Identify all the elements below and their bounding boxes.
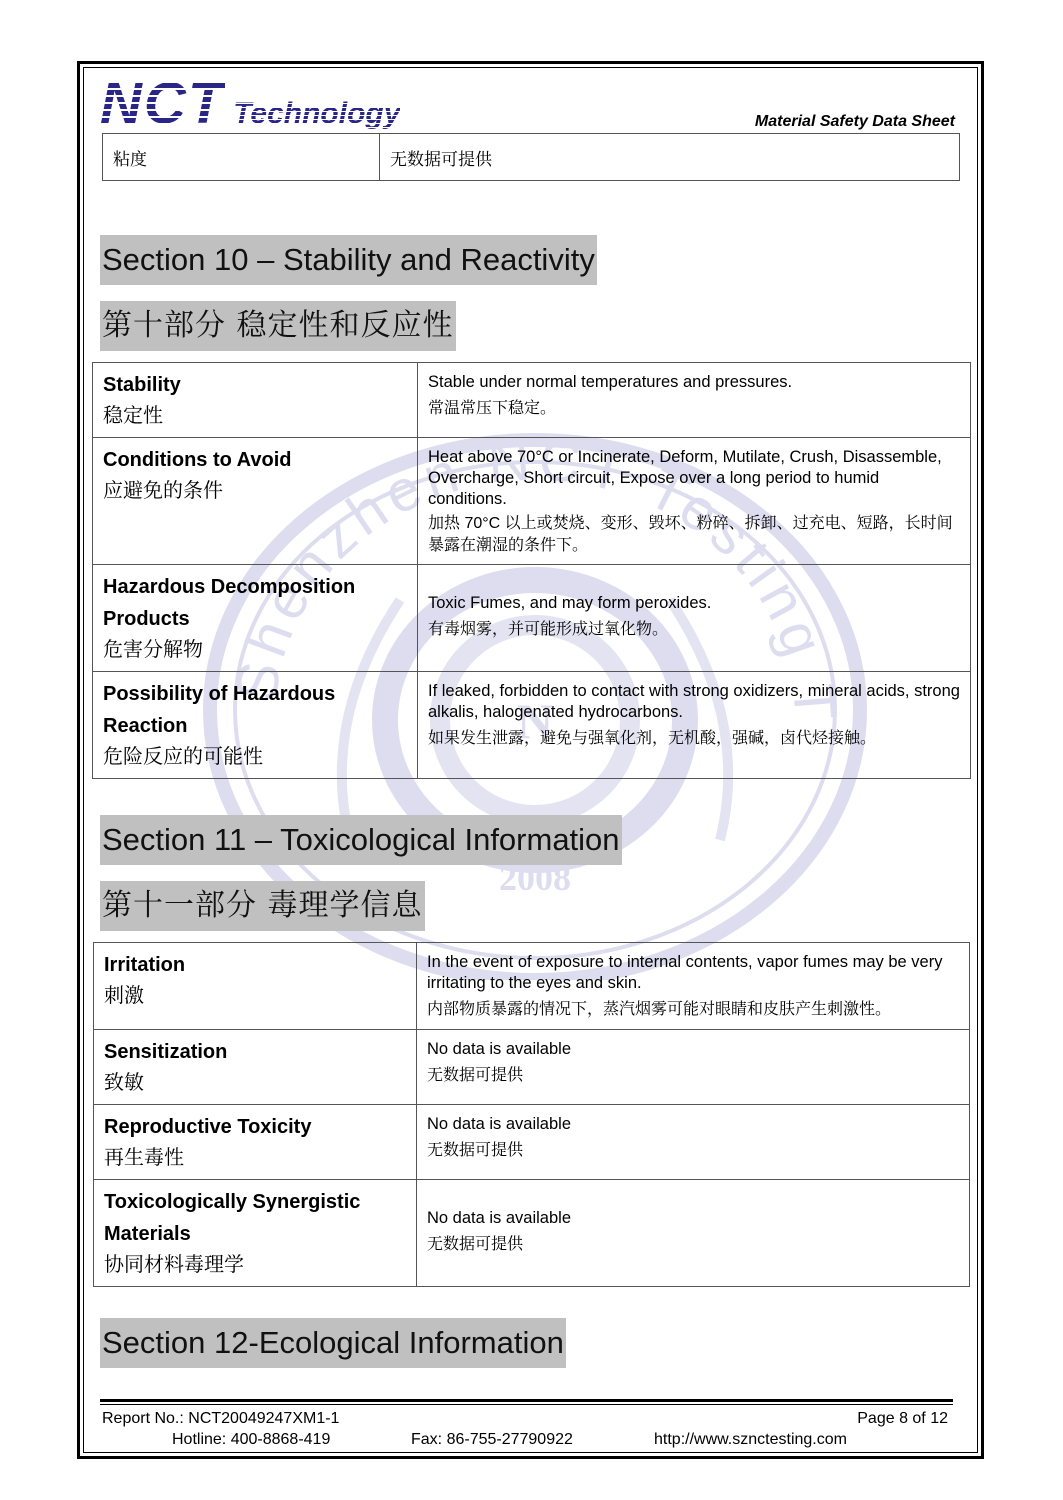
table-row: Sensitization 致敏 No data is available 无数… — [94, 1030, 970, 1105]
table-row: Possibility of Hazardous Reaction 危险反应的可… — [93, 672, 971, 779]
row-value-en: If leaked, forbidden to contact with str… — [428, 681, 960, 723]
table-row: 粘度 无数据可提供 — [103, 134, 960, 181]
row-label-en: Conditions to Avoid — [103, 444, 407, 476]
viscosity-table: 粘度 无数据可提供 — [102, 133, 960, 181]
table-row: Toxicologically Synergistic Materials 协同… — [94, 1180, 970, 1287]
fax-number: Fax: 86-755-27790922 — [411, 1430, 573, 1450]
viscosity-label: 粘度 — [103, 134, 380, 181]
row-label-en: Reproductive Toxicity — [104, 1111, 406, 1143]
row-label-en: Possibility of Hazardous Reaction — [103, 678, 407, 742]
hotline: Hotline: 400-8868-419 — [172, 1430, 330, 1450]
table-row: Stability 稳定性 Stable under normal temper… — [93, 363, 971, 438]
table-row: Reproductive Toxicity 再生毒性 No data is av… — [94, 1105, 970, 1180]
row-label-cn: 致敏 — [104, 1068, 406, 1098]
viscosity-value: 无数据可提供 — [380, 134, 960, 181]
row-value-cn: 无数据可提供 — [427, 1138, 959, 1164]
row-label-cn: 危害分解物 — [103, 635, 407, 665]
row-label-cn: 稳定性 — [103, 401, 407, 431]
row-value-en: No data is available — [427, 1208, 959, 1229]
website-link[interactable]: http://www.sznctesting.com — [654, 1430, 847, 1450]
row-label-en: Sensitization — [104, 1036, 406, 1068]
row-value-cn: 内部物质暴露的情况下，蒸汽烟雾可能对眼睛和皮肤产生刺激性。 — [427, 997, 959, 1023]
company-logo: NCT Technology — [100, 72, 400, 132]
row-label-en: Hazardous Decomposition Products — [103, 571, 407, 635]
toxicological-table: Irritation 刺激 In the event of exposure t… — [93, 942, 970, 1287]
row-value-cn: 无数据可提供 — [427, 1063, 959, 1089]
stability-reactivity-table: Stability 稳定性 Stable under normal temper… — [92, 362, 971, 779]
row-label-cn: 危险反应的可能性 — [103, 742, 407, 772]
section-12-heading-en: Section 12-Ecological Information — [100, 1318, 566, 1368]
section-10-heading-en: Section 10 – Stability and Reactivity — [100, 235, 597, 285]
row-value-cn: 加热 70°C 以上或焚烧、变形、毁坏、粉碎、拆卸、过充电、短路，长时间暴露在潮… — [428, 513, 960, 557]
row-label-en: Irritation — [104, 949, 406, 981]
row-value-cn: 无数据可提供 — [427, 1232, 959, 1258]
row-value-en: No data is available — [427, 1039, 959, 1060]
row-value-en: Toxic Fumes, and may form peroxides. — [428, 593, 960, 614]
row-value-cn: 有毒烟雾，并可能形成过氧化物。 — [428, 617, 960, 643]
row-label-cn: 应避免的条件 — [103, 476, 407, 506]
logo-technology-text: Technology — [233, 96, 400, 132]
footer-divider-thin — [100, 1404, 953, 1405]
row-label-cn: 刺激 — [104, 981, 406, 1011]
logo-nct-text: NCT — [100, 76, 225, 132]
row-value-cn: 常温常压下稳定。 — [428, 396, 960, 422]
footer-divider — [100, 1399, 953, 1402]
document-title: Material Safety Data Sheet — [755, 113, 955, 131]
row-value-en: In the event of exposure to internal con… — [427, 952, 959, 994]
table-row: Conditions to Avoid 应避免的条件 Heat above 70… — [93, 438, 971, 565]
row-label-cn: 再生毒性 — [104, 1143, 406, 1173]
row-label-en: Toxicologically Synergistic Materials — [104, 1186, 406, 1250]
section-11-heading-en: Section 11 – Toxicological Information — [100, 815, 622, 865]
report-number: Report No.: NCT20049247XM1-1 — [102, 1409, 339, 1429]
row-label-en: Stability — [103, 369, 407, 401]
row-value-en: Heat above 70°C or Incinerate, Deform, M… — [428, 447, 960, 510]
page-number: Page 8 of 12 — [857, 1409, 948, 1429]
section-11-heading-cn: 第十一部分 毒理学信息 — [100, 881, 425, 931]
section-10-heading-cn: 第十部分 稳定性和反应性 — [100, 301, 456, 351]
table-row: Irritation 刺激 In the event of exposure t… — [94, 943, 970, 1030]
row-label-cn: 协同材料毒理学 — [104, 1250, 406, 1280]
table-row: Hazardous Decomposition Products 危害分解物 T… — [93, 565, 971, 672]
row-value-en: No data is available — [427, 1114, 959, 1135]
row-value-en: Stable under normal temperatures and pre… — [428, 372, 960, 393]
row-value-cn: 如果发生泄露，避免与强氧化剂，无机酸，强碱，卤代烃接触。 — [428, 726, 960, 752]
